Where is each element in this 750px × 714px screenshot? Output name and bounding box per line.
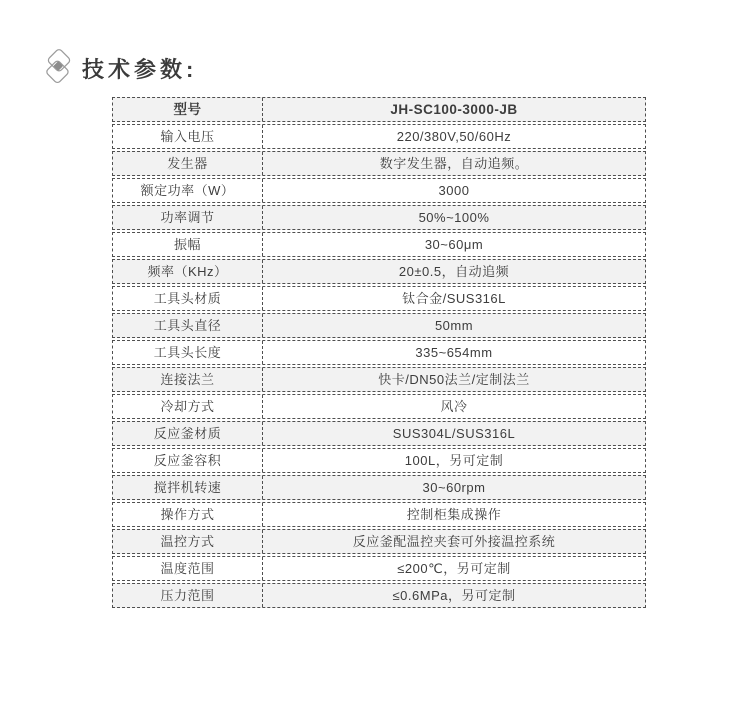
spec-value: 30~60μm — [263, 233, 645, 256]
spec-label: 额定功率（W） — [113, 179, 263, 202]
table-row: 工具头长度 335~654mm — [112, 340, 646, 365]
table-row: 工具头直径 50mm — [112, 313, 646, 338]
table-row: 温控方式 反应釜配温控夹套可外接温控系统 — [112, 529, 646, 554]
table-row: 压力范围 ≤0.6MPa，另可定制 — [112, 583, 646, 608]
spec-value: 50mm — [263, 314, 645, 337]
spec-value: SUS304L/SUS316L — [263, 422, 645, 445]
spec-value: 控制柜集成操作 — [263, 503, 645, 526]
double-diamond-icon — [42, 45, 76, 91]
spec-label: 工具头材质 — [113, 287, 263, 310]
spec-label: 温控方式 — [113, 530, 263, 553]
table-row: 频率（KHz） 20±0.5，自动追频 — [112, 259, 646, 284]
table-row: 振幅 30~60μm — [112, 232, 646, 257]
spec-label: 工具头长度 — [113, 341, 263, 364]
spec-label: 振幅 — [113, 233, 263, 256]
spec-label: 温度范围 — [113, 557, 263, 580]
spec-label: 发生器 — [113, 152, 263, 175]
spec-label: 功率调节 — [113, 206, 263, 229]
spec-label: 冷却方式 — [113, 395, 263, 418]
table-row: 连接法兰 快卡/DN50法兰/定制法兰 — [112, 367, 646, 392]
spec-label: 搅拌机转速 — [113, 476, 263, 499]
spec-value: 20±0.5，自动追频 — [263, 260, 645, 283]
model-header-value: JH-SC100-3000-JB — [263, 98, 645, 121]
spec-table: 型号 JH-SC100-3000-JB 输入电压 220/380V,50/60H… — [112, 97, 646, 610]
table-row: 冷却方式 风冷 — [112, 394, 646, 419]
spec-label: 操作方式 — [113, 503, 263, 526]
section-title: 技术参数: — [82, 53, 197, 84]
table-row: 搅拌机转速 30~60rpm — [112, 475, 646, 500]
table-header-row: 型号 JH-SC100-3000-JB — [112, 97, 646, 122]
table-row: 额定功率（W） 3000 — [112, 178, 646, 203]
spec-value: ≤0.6MPa，另可定制 — [263, 584, 645, 607]
spec-label: 频率（KHz） — [113, 260, 263, 283]
spec-label: 连接法兰 — [113, 368, 263, 391]
spec-value: 3000 — [263, 179, 645, 202]
table-row: 反应釜容积 100L，另可定制 — [112, 448, 646, 473]
model-header-label: 型号 — [113, 98, 263, 121]
spec-label: 反应釜材质 — [113, 422, 263, 445]
table-row: 发生器 数字发生器，自动追频。 — [112, 151, 646, 176]
spec-value: 30~60rpm — [263, 476, 645, 499]
spec-value: ≤200℃，另可定制 — [263, 557, 645, 580]
spec-label: 工具头直径 — [113, 314, 263, 337]
spec-label: 输入电压 — [113, 125, 263, 148]
spec-value: 数字发生器，自动追频。 — [263, 152, 645, 175]
spec-value: 100L，另可定制 — [263, 449, 645, 472]
table-row: 操作方式 控制柜集成操作 — [112, 502, 646, 527]
table-row: 功率调节 50%~100% — [112, 205, 646, 230]
table-row: 温度范围 ≤200℃，另可定制 — [112, 556, 646, 581]
spec-label: 反应釜容积 — [113, 449, 263, 472]
section-header: 技术参数: — [42, 45, 197, 91]
table-row: 工具头材质 钛合金/SUS316L — [112, 286, 646, 311]
spec-value: 反应釜配温控夹套可外接温控系统 — [263, 530, 645, 553]
spec-value: 风冷 — [263, 395, 645, 418]
spec-value: 钛合金/SUS316L — [263, 287, 645, 310]
table-row: 输入电压 220/380V,50/60Hz — [112, 124, 646, 149]
spec-value: 快卡/DN50法兰/定制法兰 — [263, 368, 645, 391]
spec-value: 335~654mm — [263, 341, 645, 364]
spec-value: 50%~100% — [263, 206, 645, 229]
spec-value: 220/380V,50/60Hz — [263, 125, 645, 148]
spec-label: 压力范围 — [113, 584, 263, 607]
table-row: 反应釜材质 SUS304L/SUS316L — [112, 421, 646, 446]
